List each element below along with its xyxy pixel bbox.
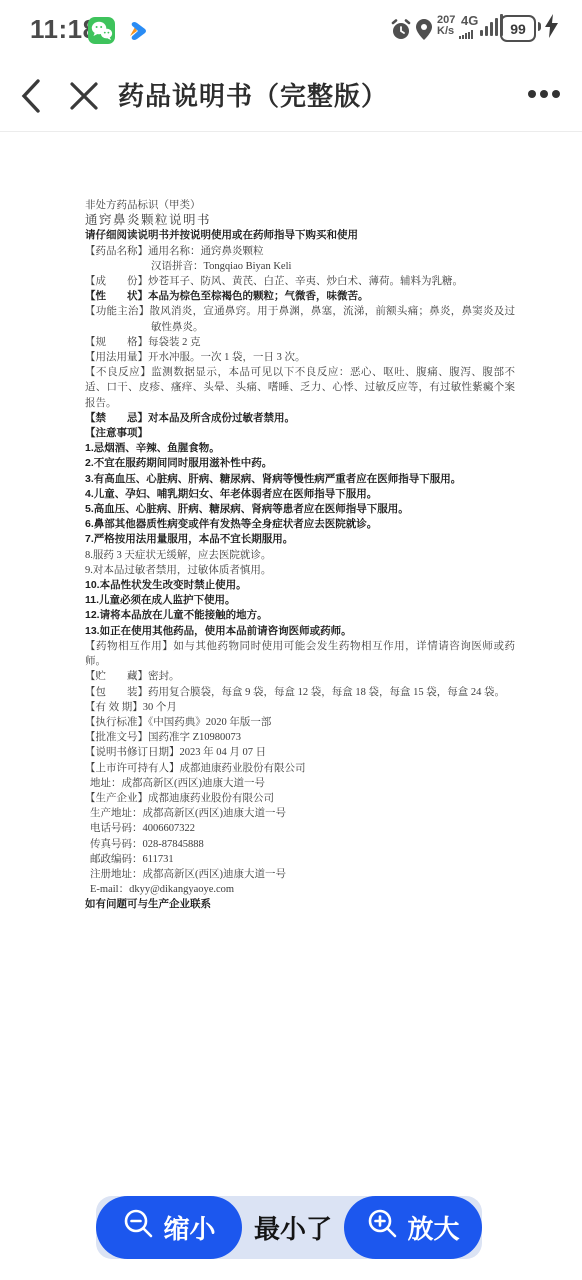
- document-line: 【药品名称】通用名称：通窍鼻炎颗粒: [85, 244, 515, 259]
- magnifier-plus-icon: [366, 1207, 400, 1248]
- document-line: 【规 格】每袋装 2 克: [85, 335, 515, 350]
- back-chevron-icon[interactable]: [20, 78, 42, 119]
- document-line: 9.对本品过敏者禁用，过敏体质者慎用。: [85, 563, 515, 578]
- document-line: 6.鼻部其他器质性病变或伴有发热等全身症状者应去医院就诊。: [85, 517, 515, 532]
- document-line: 11.儿童必须在成人监护下使用。: [85, 593, 515, 608]
- status-bar: 11:18: [0, 0, 582, 60]
- close-icon[interactable]: [68, 80, 100, 117]
- sim2-signal-icon: [459, 30, 473, 39]
- wechat-icon: [88, 17, 115, 44]
- document-line: 3.有高血压、心脏病、肝病、糖尿病、肾病等慢性病严重者应在医师指导下服用。: [85, 472, 515, 487]
- nav-bar: 药品说明书（完整版）: [0, 60, 582, 132]
- arrow-app-icon: [126, 19, 150, 43]
- network-speed-unit: K/s: [437, 26, 455, 37]
- document-line: 7.严格按用法用量服用，本品不宜长期服用。: [85, 532, 515, 547]
- document-line: 【不良反应】监测数据显示，本品可见以下不良反应：恶心、呕吐、腹痛、腹泻、腹部不适…: [85, 365, 515, 411]
- more-dots-icon[interactable]: [528, 90, 560, 98]
- document-line: 1.忌烟酒、辛辣、鱼腥食物。: [85, 441, 515, 456]
- document-line: 4.儿童、孕妇、哺乳期妇女、年老体弱者应在医师指导下服用。: [85, 487, 515, 502]
- zoom-in-label: 放大: [407, 1209, 459, 1246]
- zoom-in-button[interactable]: 放大: [344, 1196, 482, 1259]
- document-line: 2.不宜在服药期间同时服用滋补性中药。: [85, 456, 515, 471]
- document-line: 邮政编码：611731: [85, 852, 515, 867]
- document-line: 生产地址：成都高新区(西区)迪康大道一号: [85, 806, 515, 821]
- zoom-out-label: 缩小: [163, 1209, 215, 1246]
- document-line: 【注意事项】: [85, 426, 515, 441]
- document-line: 【生产企业】成都迪康药业股份有限公司: [85, 791, 515, 806]
- document-line: 通窍鼻炎颗粒说明书: [85, 213, 515, 228]
- phone-screen: 11:18: [0, 0, 582, 1280]
- zoom-status-label: 最小了: [242, 1196, 344, 1259]
- document-line: 【包 装】药用复合膜袋，每盒 9 袋，每盒 12 袋，每盒 18 袋，每盒 15…: [85, 685, 515, 700]
- document-line: 12.请将本品放在儿童不能接触的地方。: [85, 608, 515, 623]
- document-line: 电话号码：4006607322: [85, 821, 515, 836]
- document-line: 【用法用量】开水冲服。一次 1 袋，一日 3 次。: [85, 350, 515, 365]
- document-line: 注册地址：成都高新区(西区)迪康大道一号: [85, 867, 515, 882]
- document-line: 【贮 藏】密封。: [85, 669, 515, 684]
- page-title: 药品说明书（完整版）: [118, 76, 388, 113]
- magnifier-minus-icon: [122, 1207, 156, 1248]
- document: 非处方药品标识（甲类）通窍鼻炎颗粒说明书请仔细阅读说明书并按说明使用或在药师指导…: [85, 198, 515, 913]
- document-line: 汉语拼音：Tongqiao Biyan Keli: [85, 259, 515, 274]
- document-line: 【禁 忌】对本品及所含成份过敏者禁用。: [85, 411, 515, 426]
- document-line: 传真号码：028-87845888: [85, 837, 515, 852]
- document-line: 【性 状】本品为棕色至棕褐色的颗粒；气微香，味微苦。: [85, 289, 515, 304]
- document-line: 非处方药品标识（甲类）: [85, 198, 515, 213]
- document-line: 如有问题可与生产企业联系: [85, 897, 515, 912]
- document-line: 请仔细阅读说明书并按说明使用或在药师指导下购买和使用: [85, 228, 515, 243]
- document-line: 地址：成都高新区(西区)迪康大道一号: [85, 776, 515, 791]
- document-line: 【批准文号】国药准字 Z10980073: [85, 730, 515, 745]
- charging-bolt-icon: [544, 14, 559, 43]
- battery-icon: 99: [500, 15, 536, 42]
- alarm-clock-icon: [389, 18, 413, 47]
- network-type-label: 4G: [461, 13, 478, 28]
- document-line: 10.本品性状发生改变时禁止使用。: [85, 578, 515, 593]
- battery-percent: 99: [510, 21, 526, 37]
- network-speed: 207 K/s: [437, 15, 455, 37]
- location-pin-icon: [414, 18, 434, 47]
- document-line: 【功能主治】散风消炎，宣通鼻窍。用于鼻渊，鼻塞，流涕，前额头痛；鼻炎，鼻窦炎及过…: [85, 304, 515, 334]
- document-line: 13.如正在使用其他药品，使用本品前请咨询医师或药师。: [85, 624, 515, 639]
- document-line: 【药物相互作用】如与其他药物同时使用可能会发生药物相互作用，详情请咨询医师或药师…: [85, 639, 515, 669]
- document-line: 【有 效 期】30 个月: [85, 700, 515, 715]
- document-line: 5.高血压、心脏病、肝病、糖尿病、肾病等患者应在医师指导下服用。: [85, 502, 515, 517]
- document-line: 【成 份】炒苍耳子、防风、黄芪、白芷、辛夷、炒白术、薄荷。辅料为乳糖。: [85, 274, 515, 289]
- document-line: 【执行标准】《中国药典》2020 年版一部: [85, 715, 515, 730]
- document-line: 【上市许可持有人】成都迪康药业股份有限公司: [85, 761, 515, 776]
- battery-nub: [538, 22, 541, 31]
- document-line: 【说明书修订日期】2023 年 04 月 07 日: [85, 745, 515, 760]
- document-line: E-mail：dkyy@dikangyaoye.com: [85, 882, 515, 897]
- zoom-out-button[interactable]: 缩小: [96, 1196, 242, 1259]
- document-line: 8.服药 3 天症状无缓解，应去医院就诊。: [85, 548, 515, 563]
